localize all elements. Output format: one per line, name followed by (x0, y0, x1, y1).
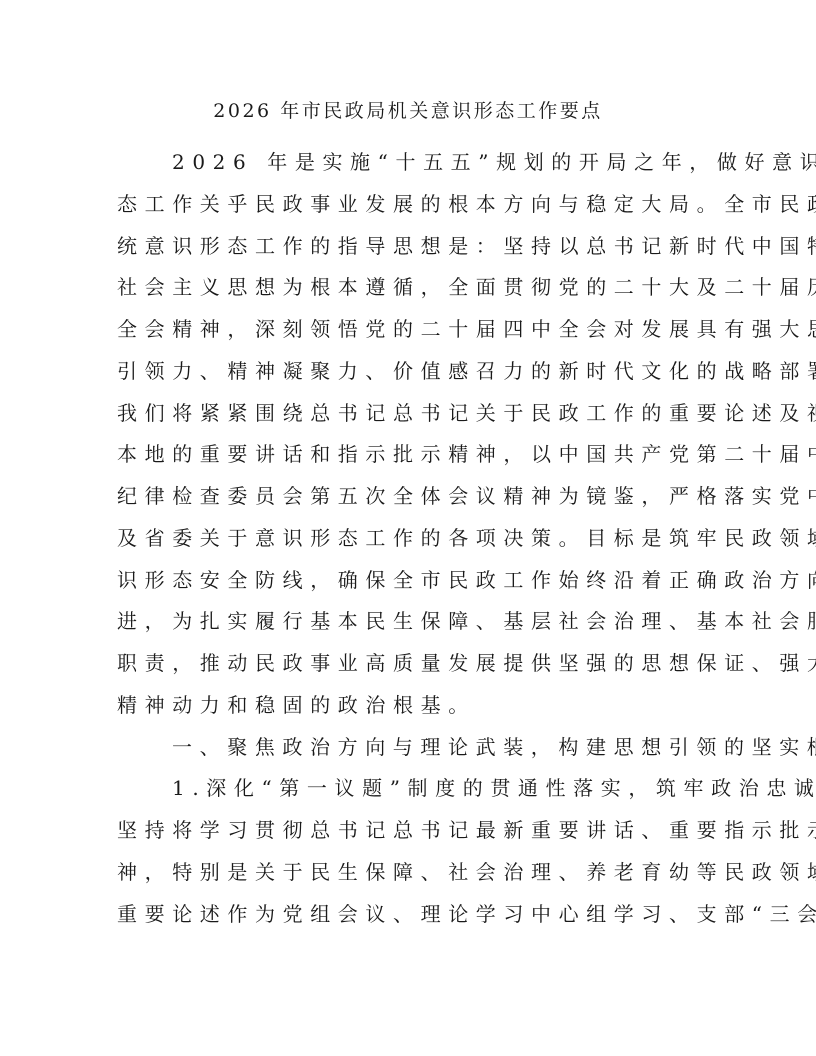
intro-line: 全会精神，深刻领悟党的二十届四中全会对发展具有强大思想 (117, 314, 701, 356)
document-body: 2026 年是实施“十五五”规划的开局之年，做好意识形 态工作关乎民政事业发展的… (117, 147, 701, 940)
intro-line: 社会主义思想为根本遵循，全面贯彻党的二十大及二十届历次 (117, 272, 701, 314)
intro-line: 及省委关于意识形态工作的各项决策。目标是筑牢民政领域意 (117, 523, 701, 565)
intro-line: 我们将紧紧围绕总书记总书记关于民政工作的重要论述及视察 (117, 398, 701, 440)
intro-line: 态工作关乎民政事业发展的根本方向与稳定大局。全市民政系 (117, 189, 701, 231)
item-line: 重要论述作为党组会议、理论学习中心组学习、支部“三会一 (117, 899, 701, 941)
item-line: 1.深化“第一议题”制度的贯通性落实，筑牢政治忠诚。 (117, 773, 701, 815)
item-line: 坚持将学习贯彻总书记总书记最新重要讲话、重要指示批示精 (117, 815, 701, 857)
intro-line: 纪律检查委员会第五次全体会议精神为镜鉴，严格落实党中央 (117, 481, 701, 523)
intro-line: 职责，推动民政事业高质量发展提供坚强的思想保证、强大的 (117, 648, 701, 690)
intro-line: 引领力、精神凝聚力、价值感召力的新时代文化的战略部署。 (117, 356, 701, 398)
intro-line: 本地的重要讲话和指示批示精神，以中国共产党第二十届中央 (117, 439, 701, 481)
intro-line: 统意识形态工作的指导思想是：坚持以总书记新时代中国特色 (117, 231, 701, 273)
document-page: 2026 年市民政局机关意识形态工作要点 2026 年是实施“十五五”规划的开局… (0, 0, 816, 1056)
intro-line: 精神动力和稳固的政治根基。 (117, 690, 701, 732)
section-heading: 一、聚焦政治方向与理论武装，构建思想引领的坚实根基 (117, 732, 701, 774)
item-line: 神，特别是关于民生保障、社会治理、养老育幼等民政领域的 (117, 857, 701, 899)
intro-line: 2026 年是实施“十五五”规划的开局之年，做好意识形 (117, 147, 701, 189)
document-title: 2026 年市民政局机关意识形态工作要点 (0, 96, 816, 126)
intro-line: 识形态安全防线，确保全市民政工作始终沿着正确政治方向前 (117, 565, 701, 607)
intro-line: 进，为扎实履行基本民生保障、基层社会治理、基本社会服务 (117, 606, 701, 648)
